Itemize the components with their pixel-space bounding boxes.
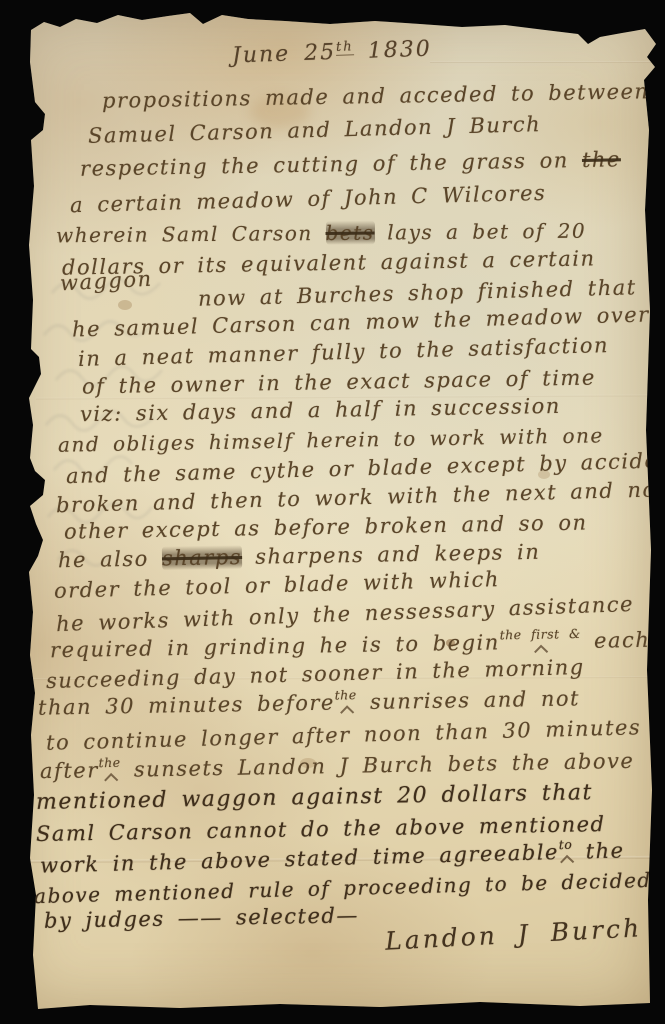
manuscript-line: wherein Saml Carson bets lays a bet of 2… [56,219,586,248]
inserted-word: the [98,755,120,770]
manuscript-line: than 30 minutes beforethe sunrises and n… [38,686,580,719]
date-line: June 25th 1830 [232,37,433,69]
ordinal-suffix: th [336,39,354,56]
line-text: 1830 [353,37,432,65]
manuscript-line: to continue longer after noon than 30 mi… [46,715,642,755]
struck-word: sharps [162,545,243,570]
line-text: lays a bet of 20 [374,219,586,245]
inserted-word: the [335,687,357,702]
line-text: each [581,628,651,653]
manuscript-line: mentioned waggon against 20 dollars that [36,780,593,815]
line-text: he also [58,546,162,572]
line-text: the [572,838,625,863]
manuscript-line: waggon [59,267,153,296]
inserted-word: the first & [500,626,581,642]
manuscript-line: a certain meadow of John C Wilcores [70,181,547,217]
line-text: June 25 [232,40,337,69]
line-text: after [40,758,99,783]
inserted-word: to [559,837,573,852]
manuscript-line: afterthe sunsets Landon J Burch bets the… [40,749,635,783]
manuscript-line: Samuel Carson and Landon J Burch [88,112,542,148]
fold-crease [430,61,652,63]
signature: Landon J Burch [384,913,642,955]
struck-word: bets [325,221,374,245]
photo-background: June 25th 1830 propositions made and acc… [0,0,665,1024]
line-text: than 30 minutes before [38,691,335,720]
manuscript-paper: June 25th 1830 propositions made and acc… [0,0,665,1024]
line-text: sharpens and keeps in [242,540,541,569]
manuscript-line: propositions made and acceded to between [102,79,650,113]
manuscript-line: respecting the cutting of the grass on t… [80,147,621,180]
line-text: sunsets Landon J Burch bets the above [121,749,635,782]
line-text: wherein Saml Carson [56,221,326,247]
manuscript-line: by judges —— selected— [44,903,359,932]
line-text: respecting the cutting of the grass on [80,148,582,181]
struck-word: the [582,147,621,172]
line-text: sunrises and not [357,686,581,714]
line-text: required in grinding he is to begin [50,630,500,662]
